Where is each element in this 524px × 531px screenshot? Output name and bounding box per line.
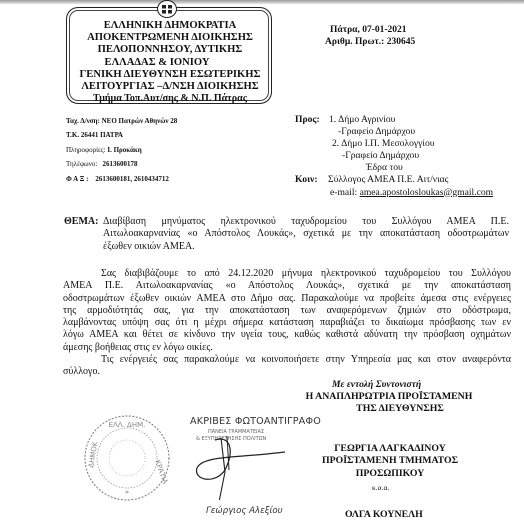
recipient-item: 1. Δήμο Αγρινίου — [329, 114, 395, 126]
subject-text: Διαβίβαση μηνύματος ηλεκτρονικού ταχυδρο… — [103, 216, 509, 253]
body-paragraph: Σας διαβιβάζουμε το από 24.12.2020 μήνυμ… — [63, 268, 511, 354]
final-signatory-name: ΟΛΓΑ ΚΟΥΝΕΛΗ — [345, 509, 423, 520]
body-paragraph: Τις ενέργειές σας παρακαλούμε να κοινοπο… — [63, 354, 511, 379]
svg-text:ΕΛΛ. ΔΗΜ.: ΕΛΛ. ΔΗΜ. — [109, 421, 146, 429]
svg-text:*: * — [125, 489, 129, 498]
subject-label: ΘΕΜΑ: — [64, 216, 98, 228]
protocol-number: Αριθμ. Πρωτ.: 230645 — [325, 36, 415, 48]
email-link[interactable]: amea.apostolosloukas@gmail.com — [360, 187, 494, 198]
recipient-item: Έδρα του — [366, 162, 403, 174]
email-label: e-mail: — [330, 187, 357, 198]
date-protocol-block: Πάτρα, 07-01-2021 Αριθμ. Πρωτ.: 230645 — [330, 24, 415, 48]
sender-phone: Τηλέφωνο: 2613600178 — [66, 157, 177, 171]
letterhead-line: ΕΛΛΗΝΙΚΗ ΔΗΜΟΚΡΑΤΙΑ — [66, 20, 274, 32]
recipient-item: -Γραφείο Δημάρχου — [342, 150, 419, 162]
to-label: Προς: — [295, 114, 320, 126]
letter-body: Σας διαβιβάζουμε το από 24.12.2020 μήνυμ… — [63, 268, 511, 379]
official-round-seal-icon: ΕΛΛ. ΔΗΜ. ΚΡΑΤΙΑ ΔΗΜΟΚ * — [82, 413, 172, 503]
greek-coat-of-arms-icon — [157, 0, 177, 18]
letterhead-line: ΠΕΛΟΠΟΝΝΗΣΟΥ, ΔΥΤΙΚΗΣ — [66, 44, 274, 56]
handwritten-signature — [185, 430, 285, 500]
kaa-abbreviation: κ.α.α. — [372, 483, 389, 492]
sender-info: Πληροφορίες: Ι. Προκάκη — [66, 143, 177, 157]
deputy-head-title: Η ΑΝΑΠΛΗΡΩΤΡΙΑ ΠΡΟΪΣΤΑΜΕΝΗ ΤΗΣ ΔΙΕΥΘΥΝΣΗ… — [289, 391, 489, 416]
letterhead-line: ΕΛΛΑΔΑΣ & ΙΟΝΙΟΥ — [40, 57, 274, 69]
letterhead-line: ΑΠΟΚΕΝΤΡΩΜΕΝΗ ΔΙΟΙΚΗΣΗΣ — [66, 32, 274, 44]
sender-details: Ταχ. Δ/νση: ΝΕΟ Πατρών Αθηνών 28 Τ.Κ. 26… — [66, 114, 177, 186]
cc-label: Κοιν: — [295, 174, 318, 186]
sender-postcode: Τ.Κ. 26441 ΠΑΤΡΑ — [66, 128, 177, 142]
signatory-block: ΓΕΩΡΓΙΑ ΛΑΓΚΑΔΙΝΟΥ ΠΡΟΪΣΤΑΜΕΝΗ ΤΜΗΜΑΤΟΣ … — [300, 443, 480, 480]
certifier-name: Γεώργιος Αλεξίου — [206, 506, 283, 516]
letterhead-line: Τμήμα Τοπ.Αυτ/σης & Ν.Π. Πάτρας — [66, 93, 274, 105]
place-date: Πάτρα, 07-01-2021 — [330, 24, 415, 36]
subject-block: ΘΕΜΑ: Διαβίβαση μηνύματος ηλεκτρονικού τ… — [64, 216, 509, 253]
by-order-of: Με εντολή Συντονιστή — [332, 379, 421, 390]
viewer-top-edge — [0, 0, 524, 4]
letterhead: ΕΛΛΗΝΙΚΗ ΔΗΜΟΚΡΑΤΙΑ ΑΠΟΚΕΝΤΡΩΜΕΝΗ ΔΙΟΙΚΗ… — [66, 20, 274, 105]
recipients-block: Προς:1. Δήμο Αγρινίου -Γραφείο Δημάρχου … — [295, 114, 524, 199]
recipient-item: 2. Δήμο Ι.Π. Μεσολογγίου — [332, 138, 435, 150]
recipient-item: -Γραφείο Δημάρχου — [338, 126, 415, 138]
sender-fax: Φ Α Ξ : 2613600181, 2610434712 — [66, 172, 177, 186]
sender-address: Ταχ. Δ/νση: ΝΕΟ Πατρών Αθηνών 28 — [66, 114, 177, 128]
letterhead-line: ΓΕΝΙΚΗ ΔΙΕΥΘΥΝΣΗ ΕΣΩΤΕΡΙΚΗΣ — [66, 69, 274, 81]
cc-recipient: Σύλλογος ΑΜΕΑ Π.Ε. Αιτ/νιας — [328, 174, 448, 186]
letterhead-line: ΛΕΙΤΟΥΡΓΙΑΣ –Δ/ΝΣΗ ΔΙΟΙΚΗΣΗΣ — [66, 81, 274, 93]
certified-copy-stamp: ΑΚΡΙΒΕΣ ΦΩΤΟΑΝΤΙΓΡΑΦΟ — [190, 416, 321, 427]
